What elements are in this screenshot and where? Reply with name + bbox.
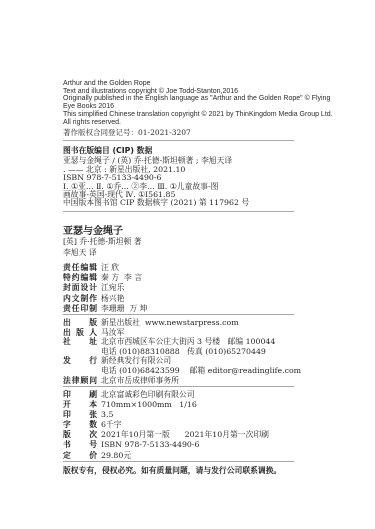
copyright-line: Arthur and the Golden Rope xyxy=(63,80,363,88)
info-label: 版次 xyxy=(63,430,97,440)
credit-value: 秦 方 李 言 xyxy=(101,273,142,283)
info-row: 开本 710mm×1000mm 1/16 xyxy=(63,400,363,410)
copyright-line: Eye Books 2016 xyxy=(63,103,363,111)
publishing-info-block: 出版 新星出版社 www.newstarpress.com 出版人 马汝军 社址… xyxy=(63,318,363,385)
credit-row: 封面设计 江宛乐 xyxy=(63,283,363,293)
info-row: 定价 29.80元 xyxy=(63,451,363,461)
info-row: 出版 新星出版社 www.newstarpress.com xyxy=(63,318,363,328)
info-row: 书号 ISBN 978-7-5133-4490-6 xyxy=(63,440,363,450)
credit-value: 汪 欣 xyxy=(101,263,119,273)
info-value: 新星出版社 www.newstarpress.com xyxy=(101,318,239,328)
credit-label: 责任印制 xyxy=(63,304,97,314)
info-label: 印张 xyxy=(63,410,97,420)
info-value: 北京市岳成律师事务所 xyxy=(101,376,179,386)
credits-block: 责任编辑 汪 欣 特约编辑 秦 方 李 言 封面设计 江宛乐 内文制作 杨兴艳 … xyxy=(63,263,363,314)
info-value: 电话 (010)68423599 邮箱 editor@readinglife.c… xyxy=(101,366,301,376)
divider xyxy=(63,140,294,141)
info-row: 出版人 马汝军 xyxy=(63,328,363,338)
copyright-warning-note: 版权专有，侵权必究。如有质量问题，请与发行公司联系调换。 xyxy=(63,465,363,476)
info-row: 电话 (010)88310888 传真 (010)65270449 xyxy=(63,347,363,357)
info-value: 2021年10月第一版 2021年10月第一次印刷 xyxy=(101,430,269,440)
credit-row: 责任编辑 汪 欣 xyxy=(63,263,363,273)
credit-label: 责任编辑 xyxy=(63,263,97,273)
info-label: 印刷 xyxy=(63,390,97,400)
info-row: 社址 北京市西城区车公庄大街丙 3 号楼 邮编 100044 xyxy=(63,337,363,347)
cip-data-block: 图书在版编目 (CIP) 数据 亚瑟与金绳子 / (英) 乔·托德-斯坦顿著 ;… xyxy=(63,147,363,208)
info-label: 发行 xyxy=(63,356,97,366)
credit-value: 杨兴艳 xyxy=(101,294,124,304)
credit-row: 特约编辑 秦 方 李 言 xyxy=(63,273,363,283)
credit-row: 责任印制 李珊珊 万 坤 xyxy=(63,304,363,314)
printing-info-block: 印刷 北京富诚彩色印刷有限公司 开本 710mm×1000mm 1/16 印张 … xyxy=(63,390,363,461)
info-row: 电话 (010)68423599 邮箱 editor@readinglife.c… xyxy=(63,366,363,376)
info-value: 北京市西城区车公庄大街丙 3 号楼 邮编 100044 xyxy=(101,337,275,347)
book-title: 亚瑟与金绳子 xyxy=(63,222,363,237)
info-value: 6千字 xyxy=(101,420,122,430)
divider xyxy=(63,461,294,462)
info-value: 马汝军 xyxy=(101,328,124,338)
copyright-line: All rights reserved. xyxy=(63,119,363,127)
copyright-line: This simplified Chinese translation copy… xyxy=(63,111,363,119)
registration-number-line: 著作版权合同登记号：01-2021-3207 xyxy=(63,127,363,138)
info-value: ISBN 978-7-5133-4490-6 xyxy=(101,440,199,450)
info-value: 710mm×1000mm 1/16 xyxy=(101,400,197,410)
info-label: 字数 xyxy=(63,420,97,430)
credit-label: 封面设计 xyxy=(63,283,97,293)
info-label: 书号 xyxy=(63,440,97,450)
info-row: 字数 6千字 xyxy=(63,420,363,430)
credit-value: 李珊珊 万 坤 xyxy=(101,304,147,314)
divider xyxy=(63,314,294,315)
credit-label: 特约编辑 xyxy=(63,273,97,283)
info-label: 法律顾问 xyxy=(63,376,97,386)
credit-row: 内文制作 杨兴艳 xyxy=(63,294,363,304)
info-row: 印张 3.5 xyxy=(63,410,363,420)
credit-value: 江宛乐 xyxy=(101,283,124,293)
english-copyright-block: Arthur and the Golden Rope Text and illu… xyxy=(63,80,363,126)
divider xyxy=(63,386,294,387)
info-label: 开本 xyxy=(63,400,97,410)
info-value: 电话 (010)88310888 传真 (010)65270449 xyxy=(101,347,266,357)
divider xyxy=(63,211,294,212)
cip-title: 图书在版编目 (CIP) 数据 xyxy=(63,147,363,155)
info-value: 3.5 xyxy=(101,410,113,420)
info-row: 发行 新经典发行有限公司 xyxy=(63,356,363,366)
info-row: 法律顾问 北京市岳成律师事务所 xyxy=(63,376,363,386)
credit-label: 内文制作 xyxy=(63,294,97,304)
copyright-line: Originally published in the English lang… xyxy=(63,95,363,103)
info-value: 29.80元 xyxy=(101,451,131,461)
info-label: 出版 xyxy=(63,318,97,328)
info-label: 出版人 xyxy=(63,328,97,338)
info-label: 定价 xyxy=(63,451,97,461)
info-label: 社址 xyxy=(63,337,97,347)
translator-line: 李旭天 译 xyxy=(63,247,363,258)
info-value: 新经典发行有限公司 xyxy=(101,356,171,366)
info-row: 印刷 北京富诚彩色印刷有限公司 xyxy=(63,390,363,400)
info-row: 版次 2021年10月第一版 2021年10月第一次印刷 xyxy=(63,430,363,440)
cip-line: 中国版本图书馆 CIP 数据核字 (2021) 第 117962 号 xyxy=(63,199,363,207)
info-value: 北京富诚彩色印刷有限公司 xyxy=(101,390,195,400)
author-line: [英] 乔·托德-斯坦顿 著 xyxy=(63,236,363,247)
